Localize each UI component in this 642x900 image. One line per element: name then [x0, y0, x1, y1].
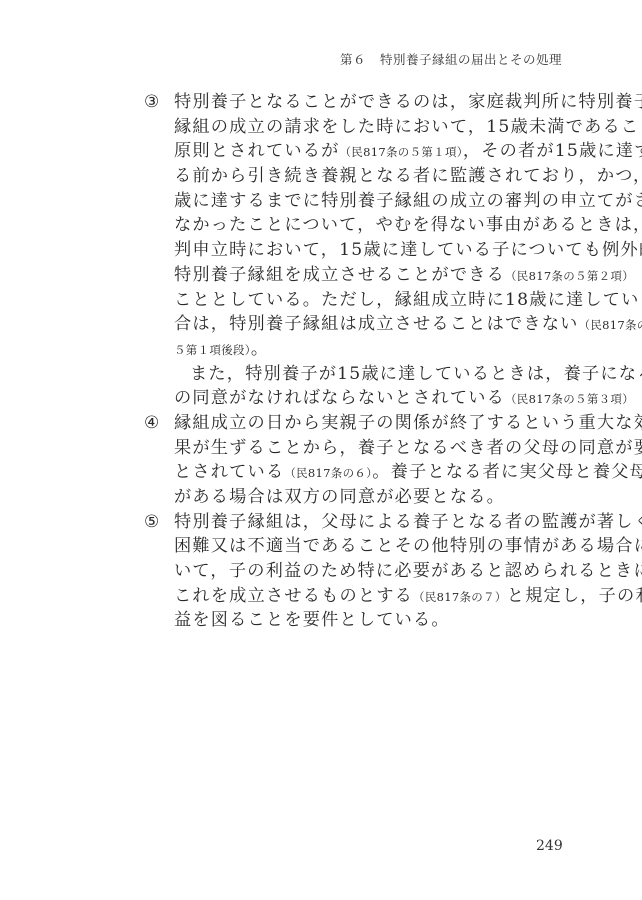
text-line: 困難又は不適当であることその他特別の事情がある場合にお: [144, 534, 576, 559]
text: 益を図ることを要件としている。: [174, 610, 450, 630]
item-3: ③特別養子となることができるのは，家庭裁判所に特別養子 縁組の成立の請求をした時…: [144, 90, 576, 411]
statute-reference: ５第１項後段）: [174, 343, 251, 357]
text-line: 歳に達するまでに特別養子縁組の成立の審判の申立てがされ: [144, 189, 576, 214]
text-line: なかったことについて，やむを得ない事由があるときは，審: [144, 213, 576, 238]
text-line: 益を図ることを要件としている。: [144, 608, 576, 633]
text-line: ④縁組成立の日から実親子の関係が終了するという重大な効: [144, 411, 576, 436]
section-title: 特別養子縁組の届出とその処理: [380, 52, 562, 67]
item-5: ⑤特別養子縁組は，父母による養子となる者の監護が著しく 困難又は不適当であること…: [144, 510, 576, 633]
item-4: ④縁組成立の日から実親子の関係が終了するという重大な効 果が生ずることから，養子…: [144, 411, 576, 510]
text-line: 果が生ずることから，養子となるべき者の父母の同意が要件: [144, 436, 576, 461]
text: 特別養子縁組は，父母による養子となる者の監護が著しく: [174, 512, 642, 532]
body-text: ③特別養子となることができるのは，家庭裁判所に特別養子 縁組の成立の請求をした時…: [144, 90, 576, 633]
text: いて，子の利益のため特に必要があると認められるときに，: [174, 561, 642, 581]
item-marker: ③: [144, 90, 174, 115]
text: 縁組の成立の請求をした時において，15歳未満であることが: [174, 117, 642, 137]
text: と規定し，子の利: [507, 586, 642, 606]
statute-reference: （民817条の５第３項）: [505, 392, 634, 406]
text: なかったことについて，やむを得ない事由があるときは，審: [174, 215, 642, 235]
statute-reference: （民817条の５第２項）: [505, 269, 634, 283]
text-line: 特別養子縁組を成立させることができる（民817条の５第２項）: [144, 263, 576, 288]
text: 歳に達するまでに特別養子縁組の成立の審判の申立てがされ: [174, 191, 642, 211]
statute-reference: （民817条の６）: [284, 466, 372, 480]
text-line: がある場合は双方の同意が必要となる。: [144, 485, 576, 510]
text-line: 原則とされているが（民817条の５第１項），その者が15歳に達す: [144, 139, 576, 164]
text-line: ⑤特別養子縁組は，父母による養子となる者の監護が著しく: [144, 510, 576, 535]
statute-reference: （民817条の: [579, 318, 642, 332]
text-line: とされている（民817条の６）。養子となる者に実父母と養父母: [144, 460, 576, 485]
text: がある場合は双方の同意が必要となる。: [174, 487, 505, 507]
text: 。: [251, 339, 269, 359]
text-line: また，特別養子が15歳に達しているときは，養子になる者: [144, 362, 576, 387]
text: また，特別養子が15歳に達しているときは，養子になる者: [190, 364, 642, 384]
running-header: 第６特別養子縁組の届出とその処理: [340, 50, 562, 68]
text: 特別養子縁組を成立させることができる: [174, 265, 505, 285]
text-line: る前から引き続き養親となる者に監護されており，かつ，15: [144, 164, 576, 189]
text-line: 判申立時において，15歳に達している子についても例外的に: [144, 238, 576, 263]
statute-reference: （民817条の７）: [413, 590, 507, 604]
item-marker: ④: [144, 411, 174, 436]
text: とされている: [174, 462, 284, 482]
text-line: の同意がなければならないとされている（民817条の５第３項）: [144, 386, 576, 411]
text: 原則とされているが: [174, 141, 340, 161]
section-number: 第６: [340, 52, 366, 67]
text: る前から引き続き養親となる者に監護されており，かつ，15: [174, 166, 642, 186]
text: こととしている。ただし，縁組成立時に18歳に達している場: [174, 290, 642, 310]
text: 合は，特別養子縁組は成立させることはできない: [174, 314, 579, 334]
text: 特別養子となることができるのは，家庭裁判所に特別養子: [174, 92, 642, 112]
text: 。養子となる者に実父母と養父母: [372, 462, 642, 482]
text: ，その者が15歳に達す: [463, 141, 642, 161]
text-line: ③特別養子となることができるのは，家庭裁判所に特別養子: [144, 90, 576, 115]
text-line: ５第１項後段）。: [144, 337, 576, 362]
text: 判申立時において，15歳に達している子についても例外的に: [174, 240, 642, 260]
statute-reference: （民817条の５第１項）: [340, 145, 463, 159]
text-line: いて，子の利益のため特に必要があると認められるときに，: [144, 559, 576, 584]
text-line: こととしている。ただし，縁組成立時に18歳に達している場: [144, 288, 576, 313]
text: 果が生ずることから，養子となるべき者の父母の同意が要件: [174, 438, 642, 458]
text-line: 合は，特別養子縁組は成立させることはできない（民817条の: [144, 312, 576, 337]
page-number: 249: [536, 838, 563, 854]
text: 困難又は不適当であることその他特別の事情がある場合にお: [174, 536, 642, 556]
text-line: 縁組の成立の請求をした時において，15歳未満であることが: [144, 115, 576, 140]
text-line: これを成立させるものとする（民817条の７）と規定し，子の利: [144, 584, 576, 609]
item-marker: ⑤: [144, 510, 174, 535]
text: の同意がなければならないとされている: [174, 388, 505, 408]
text: 縁組成立の日から実親子の関係が終了するという重大な効: [174, 413, 642, 433]
text: これを成立させるものとする: [174, 586, 413, 606]
